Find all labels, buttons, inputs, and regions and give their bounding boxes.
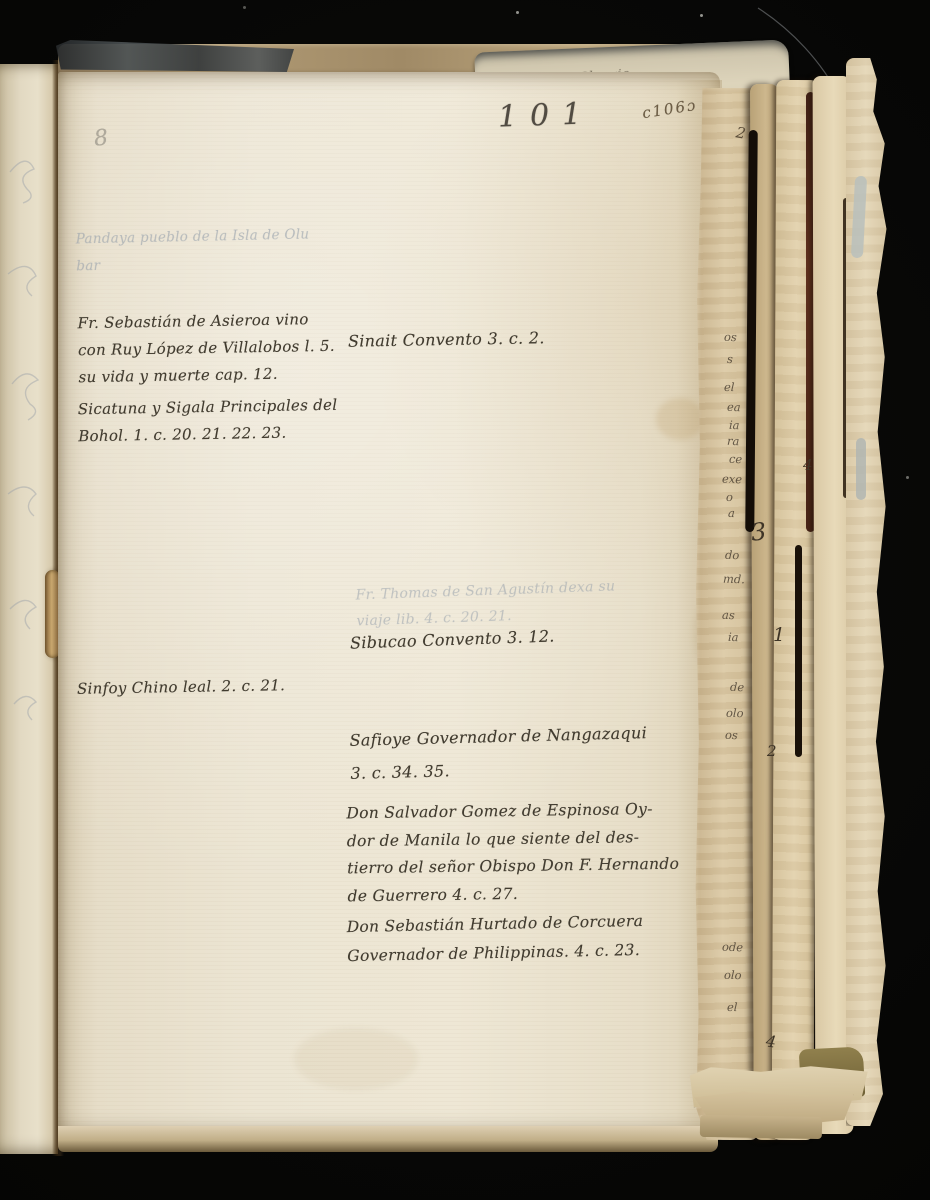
entry-line: Sicatuna y Sigala Principales del [78, 392, 338, 424]
edge-text-fragment: ode [722, 940, 744, 955]
torn-strip [813, 76, 854, 1134]
bleedthrough-line: bar [76, 249, 310, 281]
archival-photo: a el Clauxio 8 101 c106ɔ Pandaya pueblo … [0, 0, 930, 1200]
bleedthrough-text: Pandaya pueblo de la Isla de Olu bar [75, 222, 310, 281]
edge-text-fragment: a [728, 506, 735, 520]
bleedthrough-line: Pandaya pueblo de la Isla de Olu [75, 222, 309, 254]
index-entry-sicatuna: Sicatuna y Sigala Principales del Bohol.… [78, 392, 339, 451]
dust-speck [700, 14, 703, 17]
dust-speck [906, 476, 909, 479]
entry-line: de Guerrero 4. c. 27. [347, 878, 679, 910]
edge-number: 1 [773, 624, 785, 646]
entry-line: Sinfoy Chino leal. 2. c. 21. [77, 676, 285, 698]
torn-strip [750, 84, 782, 1140]
edge-text-fragment: exe [722, 472, 743, 487]
page-gap-shadow [843, 198, 849, 498]
edge-text-fragment: o [726, 490, 733, 504]
index-entry-sinait: Sinait Convento 3. c. 2. [348, 328, 545, 350]
entry-line: con Ruy López de Villalobos l. 5. [78, 333, 335, 364]
entry-line: tierro del señor Obispo Don F. Hernando [347, 851, 679, 883]
edge-number: 4 [803, 456, 813, 474]
torn-strip [772, 80, 819, 1140]
page-bottom-edge [58, 1126, 718, 1152]
paper-stain [294, 1028, 418, 1090]
edge-text-fragment: el [727, 1000, 738, 1014]
edge-number: 2 [767, 742, 777, 760]
film-sliver [851, 176, 867, 259]
dust-speck [516, 11, 519, 14]
damaged-corner-patch [799, 1046, 866, 1099]
page-gap-shadow [795, 545, 802, 757]
edge-text-fragment: s [727, 352, 733, 366]
edge-text-fragment: md. [723, 572, 745, 587]
entry-line: Governador de Philippinas. 4. c. 23. [347, 936, 644, 971]
edge-text-fragment: de [730, 680, 745, 694]
edge-number: 3 [750, 517, 768, 546]
index-entry-corcuera: Don Sebastián Hurtado de Corcuera Govern… [346, 907, 644, 971]
dust-speck [243, 6, 246, 9]
edge-number: 4 [765, 1031, 778, 1051]
entry-line: Bohol. 1. c. 20. 21. 22. 23. [78, 419, 338, 451]
entry-line: Don Salvador Gomez de Espinosa Oy- [346, 796, 678, 828]
edge-text-fragment: ia [729, 418, 740, 432]
folio-number: 101 [497, 96, 594, 134]
index-entry-villalobos: Fr. Sebastián de Asieroa vino con Ruy Ló… [77, 306, 335, 391]
leather-spine-sliver [806, 92, 815, 532]
index-entry-sinfoy: Sinfoy Chino leal. 2. c. 21. [77, 676, 285, 698]
edge-text-fragment: os [725, 728, 738, 742]
edge-text-fragment: el [724, 380, 735, 394]
entry-line: Sinait Convento 3. c. 2. [348, 328, 545, 350]
entry-line: su vida y muerte cap. 12. [78, 360, 335, 391]
edge-text-fragment: os [724, 330, 737, 344]
film-sliver [856, 438, 866, 500]
page-gap-shadow [745, 130, 758, 532]
edge-text-fragment: ea [727, 400, 741, 414]
edge-text-fragment: ce [729, 452, 743, 466]
index-entry-safioye: Safioye Governador de Nangazaqui 3. c. 3… [349, 716, 648, 790]
page-curl-shadow [676, 80, 722, 1128]
edge-text-fragment: do [725, 548, 740, 562]
corner-mark: 8 [93, 125, 110, 151]
index-entry-espinosa: Don Salvador Gomez de Espinosa Oy- dor d… [346, 796, 680, 911]
edge-text-fragment: ra [727, 434, 740, 448]
bleedthrough-text: Fr. Thomas de San Agustín dexa su viaje … [355, 573, 616, 634]
edge-text-fragment: olo [724, 968, 742, 983]
edge-text-fragment: olo [726, 706, 744, 721]
torn-strip [846, 58, 890, 1126]
